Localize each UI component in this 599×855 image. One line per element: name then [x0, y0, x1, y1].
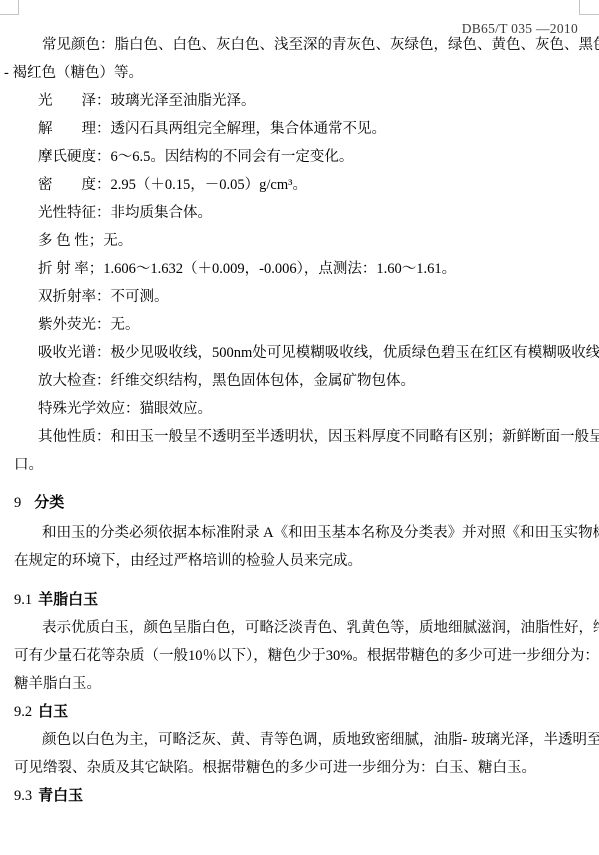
- line-mohs-hardness: 摩氏硬度：6～6.5。因结构的不同会有一定变化。: [14, 143, 592, 171]
- line-cleavage: 解 理：透闪石具两组完全解理，集合体通常不见。: [14, 115, 592, 143]
- line-special-optical-effect: 特殊光学效应：猫眼效应。: [14, 395, 592, 423]
- line-other-properties-2: 口。: [14, 451, 592, 479]
- line-mutton-fat-jade-3: 糖羊脂白玉。: [14, 670, 592, 698]
- line-other-properties-1: 其他性质：和田玉一般呈不透明至半透明状，因玉料厚度不同略有区别；新鲜断面一般呈参…: [14, 423, 592, 451]
- heading-section-9-2-number: 9.2: [14, 704, 32, 720]
- line-white-jade-1: 颜色以白色为主，可略泛灰、黄、青等色调，质地致密细腻，油脂- 玻璃光泽，半透明至…: [14, 726, 592, 754]
- line-refractive-index: 折 射 率；1.606～1.632（＋0.009，-0.006），点测法：1.6…: [14, 255, 592, 283]
- line-white-jade-2: 可见绺裂、杂质及其它缺陷。根据带糖色的多少可进一步细分为：白玉、糖白玉。: [14, 754, 592, 782]
- crop-mark-top-right-vertical: [579, 0, 580, 14]
- heading-section-9-2: 9.2白玉: [14, 698, 592, 726]
- line-classification-intro-1: 和田玉的分类必须依据本标准附录 A《和田玉基本名称及分类表》并对照《和田玉实物标…: [14, 519, 592, 547]
- line-luster: 光 泽：玻璃光泽至油脂光泽。: [14, 87, 592, 115]
- heading-section-9-1-number: 9.1: [14, 592, 32, 608]
- crop-mark-top-left-horizontal: [0, 14, 19, 15]
- line-uv-fluorescence: 紫外荧光：无。: [14, 311, 592, 339]
- document-content: 常见颜色：脂白色、白色、灰白色、浅至深的青灰色、灰绿色，绿色、黄色、灰色、黑色、…: [14, 31, 592, 810]
- heading-section-9-title: 分类: [34, 494, 64, 511]
- document-page: DB65/T 035 —2010 常见颜色：脂白色、白色、灰白色、浅至深的青灰色…: [0, 0, 599, 855]
- line-mutton-fat-jade-1: 表示优质白玉，颜色呈脂白色，可略泛淡青色、乳黄色等，质地细腻滋润，油脂性好，绺裂…: [14, 614, 592, 642]
- heading-section-9: 9分类: [14, 489, 592, 517]
- line-classification-intro-2: 在规定的环境下，由经过严格培训的检验人员来完成。: [14, 547, 592, 575]
- crop-mark-top-right-horizontal: [579, 14, 599, 15]
- heading-section-9-2-title: 白玉: [38, 703, 68, 720]
- line-common-colors-2: - 褐红色（糖色）等。: [14, 59, 592, 87]
- line-common-colors-1: 常见颜色：脂白色、白色、灰白色、浅至深的青灰色、灰绿色，绿色、黄色、灰色、黑色、…: [14, 31, 592, 59]
- line-mutton-fat-jade-2: 可有少量石花等杂质（一般10％以下），糖色少于30%。根据带糖色的多少可进一步细…: [14, 642, 592, 670]
- line-birefringence: 双折射率：不可测。: [14, 283, 592, 311]
- heading-section-9-1: 9.1羊脂白玉: [14, 586, 592, 614]
- crop-mark-top-left-vertical: [18, 0, 19, 14]
- heading-section-9-3-title: 青白玉: [38, 787, 83, 804]
- line-pleochroism: 多 色 性；无。: [14, 227, 592, 255]
- heading-section-9-number: 9: [14, 495, 21, 511]
- line-optical-character: 光性特征：非均质集合体。: [14, 199, 592, 227]
- line-absorption-spectrum: 吸收光谱：极少见吸收线，500nm处可见模糊吸收线，优质绿色碧玉在红区有模糊吸收…: [14, 339, 592, 367]
- line-magnification: 放大检查：纤维交织结构，黑色固体包体，金属矿物包体。: [14, 367, 592, 395]
- heading-section-9-1-title: 羊脂白玉: [38, 591, 98, 608]
- heading-section-9-3-number: 9.3: [14, 788, 32, 804]
- line-density: 密 度：2.95（＋0.15，－0.05）g/cm³。: [14, 171, 592, 199]
- heading-section-9-3: 9.3青白玉: [14, 782, 592, 810]
